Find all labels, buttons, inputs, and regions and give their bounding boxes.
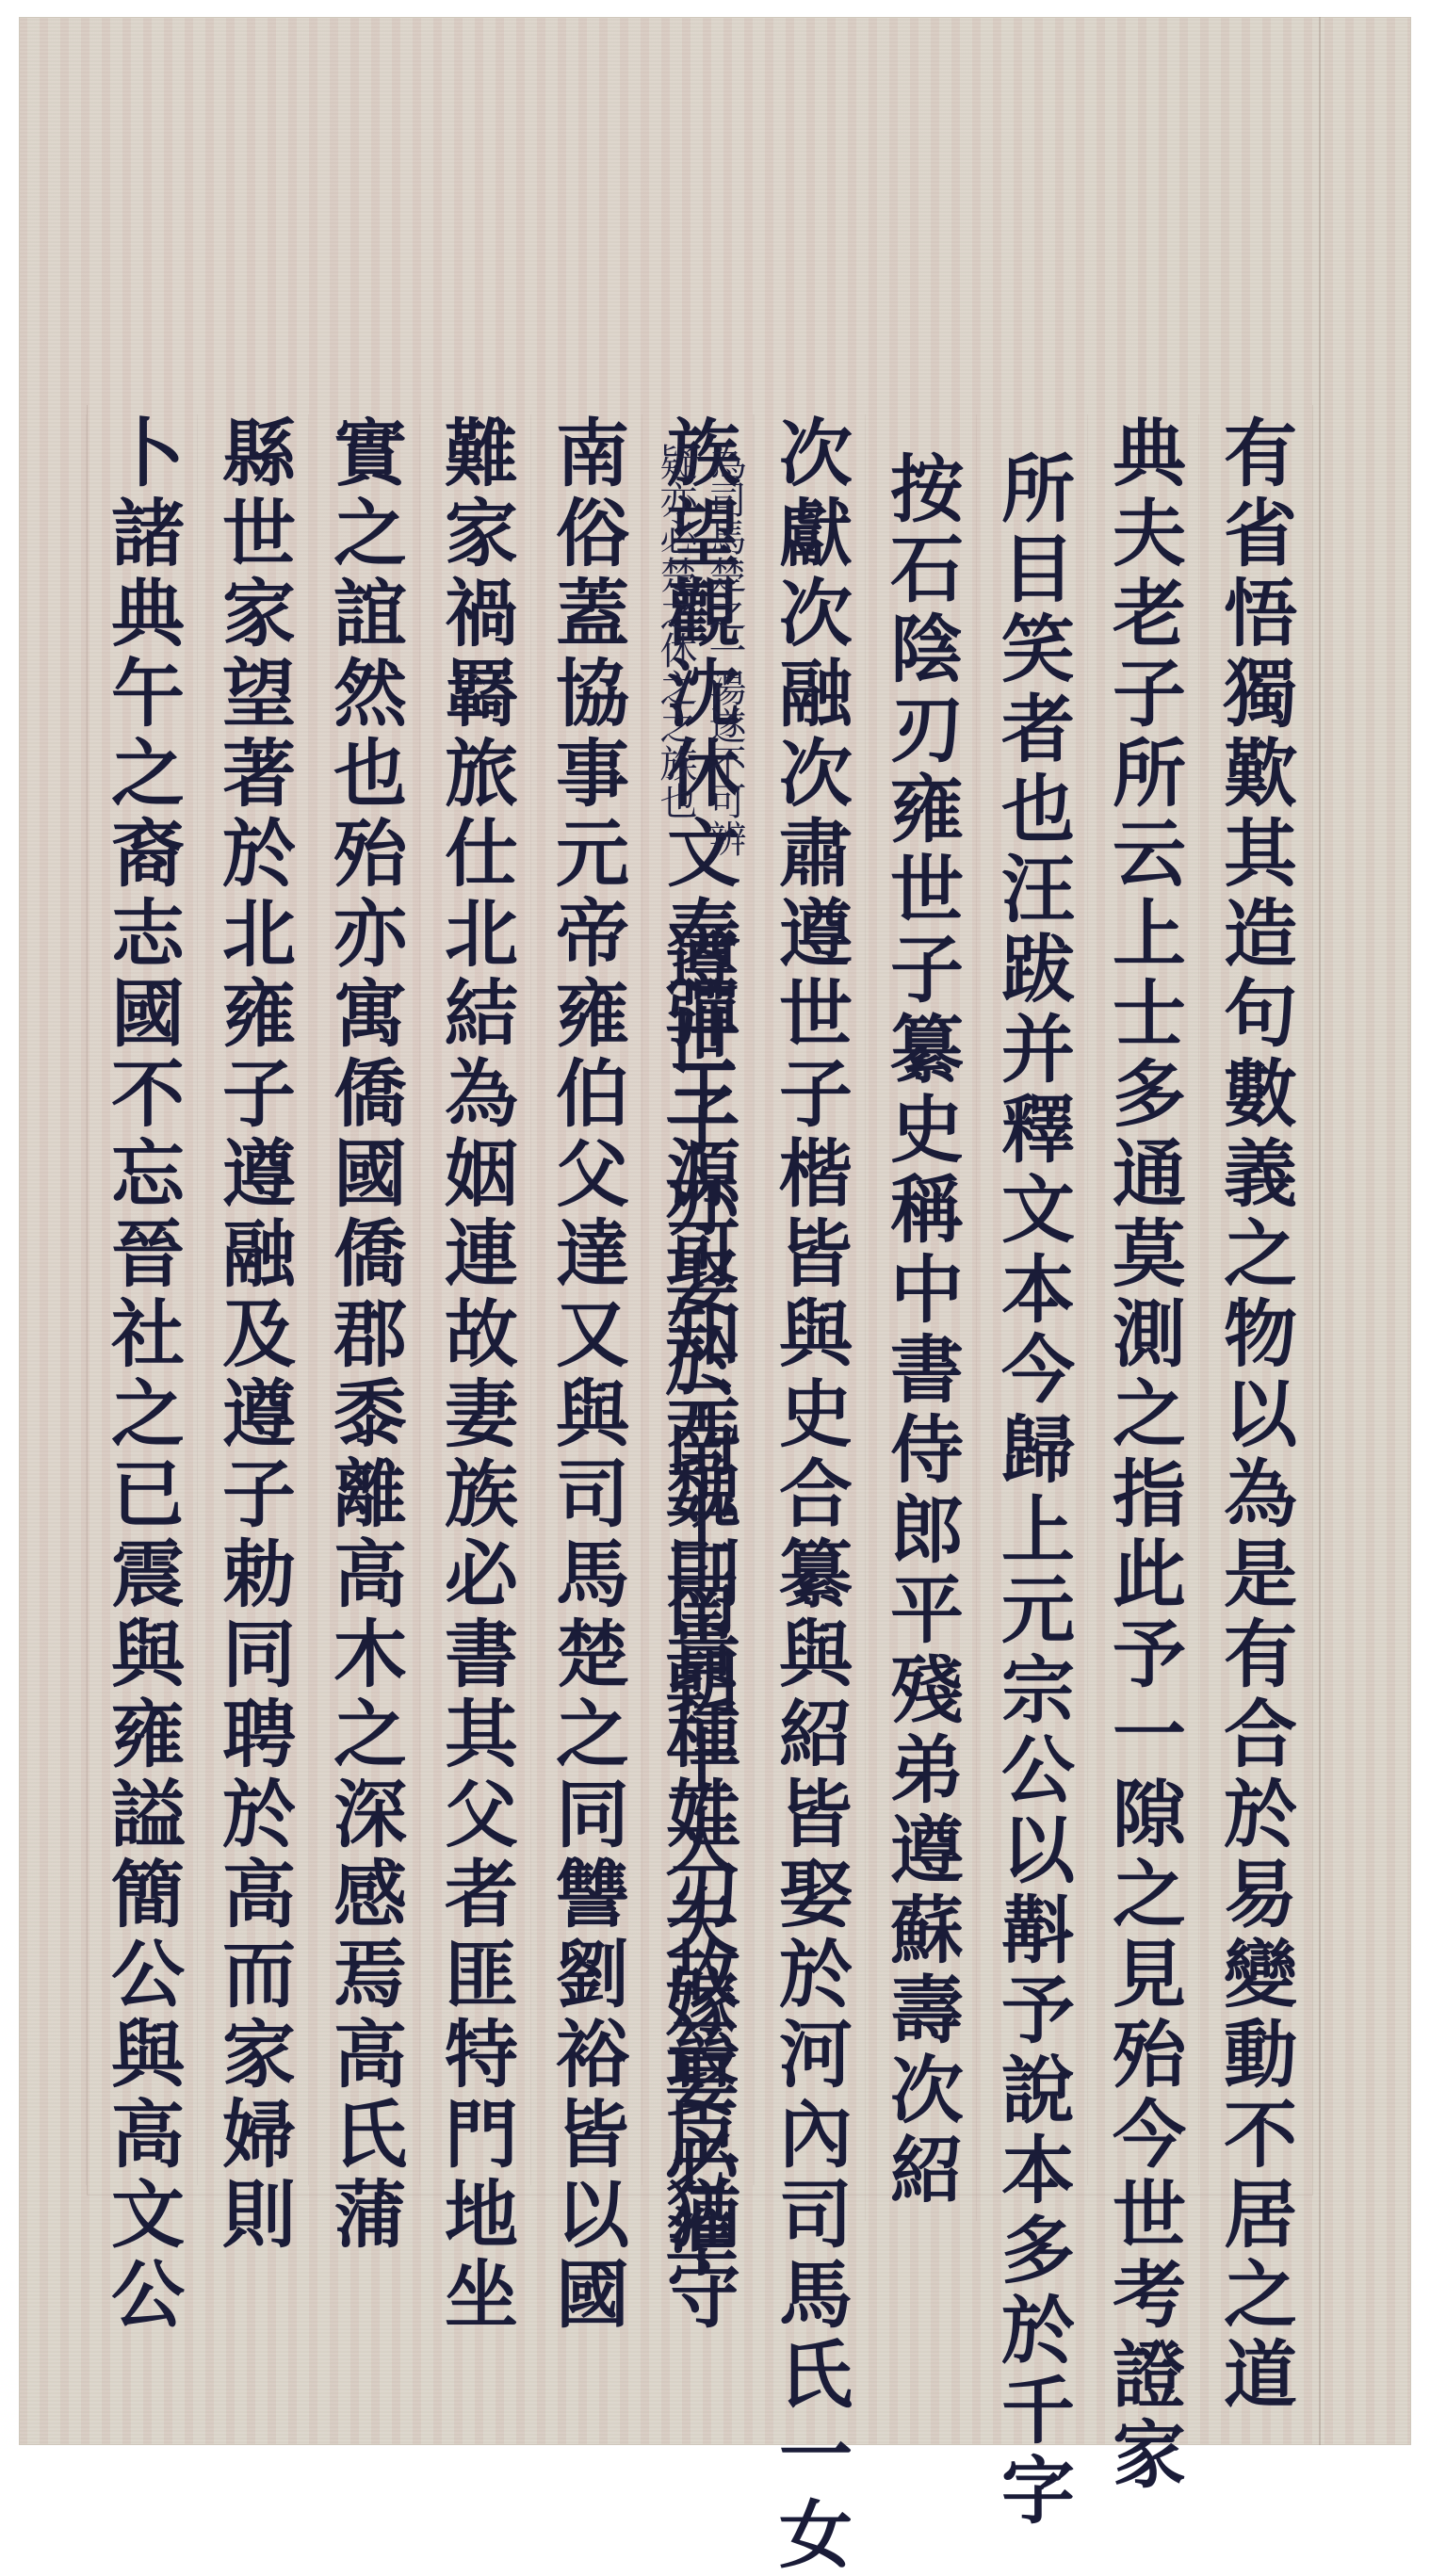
column-3: 所目笑者也汪跋并釋文本今歸上元宗公以斠予說本多於千字 [976,414,1087,2221]
column-2: 典夫老子所云上士多通莫測之指此予一隙之見殆今世考證家 [1087,414,1198,2185]
column-11: 縣世家望著於北雍子遵融及遵子勅同聘於高而家婦則 [197,414,308,2185]
column-12: 卜諸典午之裔志國不忘晉社之已震與雍謚簡公與高文公 [86,414,197,2185]
interlinear-annotation: 為司馬楚之一湯遂不可辨 疑亦必楚之休之之族也 [654,443,746,857]
fold-line [1319,17,1321,2445]
column-5: 次獻次融次肅遵世子楷皆與史合纂與紹皆娶於河內司馬氏一女 [754,414,865,2185]
column-8: 南俗蓋協事元帝雍伯父達又與司馬楚之同讐劉裕皆以國 [530,414,642,2185]
annotation-line-2: 疑亦必楚之休之之族也 [654,443,697,857]
column-4: 按石陰刃雍世子纂史稱中書侍郎平殘弟遵蘇壽次紹 [865,414,976,2221]
column-1: 有省悟獨歎其造句數義之物以為是有合於易變動不居之道 [1198,414,1309,2185]
column-6-with-annotation: 為司馬楚之一湯遂不可辨 疑亦必楚之休之之族也 遵世子亦娶於南士南朝士大夫嫁娶必準 [753,414,754,2185]
column-6-main-text: 遵世子亦娶於南士南朝士大夫嫁娶必準 [648,923,742,2284]
column-10: 實之誼然也殆亦寓僑國僑郡黍離高木之深感焉高氏蒲 [308,414,419,2185]
column-9: 難家禍羇旅仕北結為姻連故妻族必書其父者匪特門地坐 [419,414,530,2185]
annotation-line-1: 為司馬楚之一湯遂不可辨 [703,443,746,857]
manuscript-columns: 有省悟獨歎其造句數義之物以為是有合於易變動不居之道 典夫老子所云上士多通莫測之指… [94,414,1309,2185]
